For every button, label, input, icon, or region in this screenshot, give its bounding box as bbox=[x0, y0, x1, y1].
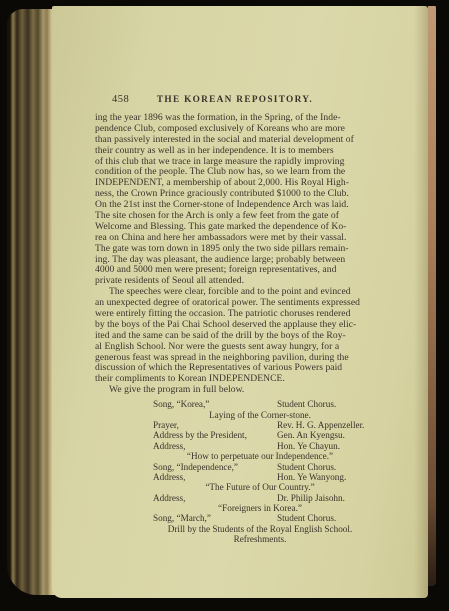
program-item: Song, “Korea,” bbox=[153, 399, 209, 409]
program-row: Laying of the Corner-stone. bbox=[153, 410, 367, 420]
program-item: Address, bbox=[153, 472, 185, 482]
program-performer: Hon. Ye Wanyong. bbox=[277, 472, 346, 482]
program-row: Address by the President, Gen. An Kyengs… bbox=[153, 430, 367, 440]
program-performer: Student Chorus. bbox=[277, 513, 336, 523]
program-item: Refreshments. bbox=[234, 534, 287, 544]
program-item: Drill by the Students of the Royal Engli… bbox=[168, 524, 353, 534]
text-line: their country as well as in her independ… bbox=[95, 146, 375, 157]
program-row: Drill by the Students of the Royal Engli… bbox=[153, 524, 367, 534]
program-performer: Student Chorus. bbox=[277, 399, 336, 409]
program-row: Prayer, Rev. H. G. Appenzeller. bbox=[153, 420, 367, 430]
book-scan-photo: 458 THE KOREAN REPOSITORY. ing the year … bbox=[0, 0, 449, 611]
program-item: Address, bbox=[153, 441, 185, 451]
program-item: “The Future of Our Country.” bbox=[205, 482, 314, 492]
program-performer: Student Chorus. bbox=[277, 462, 336, 472]
photo-border-bottom bbox=[0, 599, 449, 611]
program-item: Song, “March,” bbox=[153, 513, 211, 523]
program-item: Laying of the Corner-stone. bbox=[209, 410, 311, 420]
program-performer: Gen. An Kyengsu. bbox=[277, 430, 345, 440]
program-performer: Dr. Philip Jaisohn. bbox=[277, 493, 345, 503]
program-item: Address by the President, bbox=[153, 430, 247, 440]
running-title: THE KOREAN REPOSITORY. bbox=[95, 95, 375, 105]
page-content: 458 THE KOREAN REPOSITORY. ing the year … bbox=[95, 0, 375, 611]
program-list: Song, “Korea,” Student Chorus. Laying of… bbox=[153, 399, 367, 544]
program-row: Refreshments. bbox=[153, 534, 367, 544]
program-item: Prayer, bbox=[153, 420, 179, 430]
program-row: Song, “March,” Student Chorus. bbox=[153, 513, 367, 523]
paragraph-1: ing the year 1896 was the formation, in … bbox=[95, 113, 375, 287]
running-head: 458 THE KOREAN REPOSITORY. bbox=[95, 94, 375, 107]
program-row: Address, Hon. Ye Wanyong. bbox=[153, 472, 367, 482]
text-line: al English School. Nor were the guests s… bbox=[95, 342, 375, 353]
program-row: Address, Dr. Philip Jaisohn. bbox=[153, 493, 367, 503]
book-gutter-page-stack bbox=[7, 9, 57, 595]
paragraph-3: We give the program in full below. bbox=[95, 385, 375, 396]
paragraph-2: The speeches were clear, forcible and to… bbox=[95, 287, 375, 385]
program-row: Address, Hon. Ye Chayun. bbox=[153, 441, 367, 451]
program-item: “Foreigners in Korea.” bbox=[218, 503, 302, 513]
photo-border-top bbox=[0, 0, 449, 6]
page-right-edge bbox=[428, 4, 436, 586]
program-row: Song, “Independence,” Student Chorus. bbox=[153, 462, 367, 472]
text-line: The gate was torn down in 1895 only the … bbox=[95, 244, 375, 255]
program-item: Song, “Independence,” bbox=[153, 462, 238, 472]
program-item: “How to perpetuate our Independence.” bbox=[187, 451, 333, 461]
program-row: “Foreigners in Korea.” bbox=[153, 503, 367, 513]
program-row: “The Future of Our Country.” bbox=[153, 482, 367, 492]
program-row: Song, “Korea,” Student Chorus. bbox=[153, 399, 367, 409]
text-line: We give the program in full below. bbox=[95, 385, 375, 396]
program-row: “How to perpetuate our Independence.” bbox=[153, 451, 367, 461]
program-item: Address, bbox=[153, 493, 185, 503]
program-performer: Hon. Ye Chayun. bbox=[277, 441, 340, 451]
body-text: ing the year 1896 was the formation, in … bbox=[95, 113, 375, 545]
program-performer: Rev. H. G. Appenzeller. bbox=[277, 420, 364, 430]
